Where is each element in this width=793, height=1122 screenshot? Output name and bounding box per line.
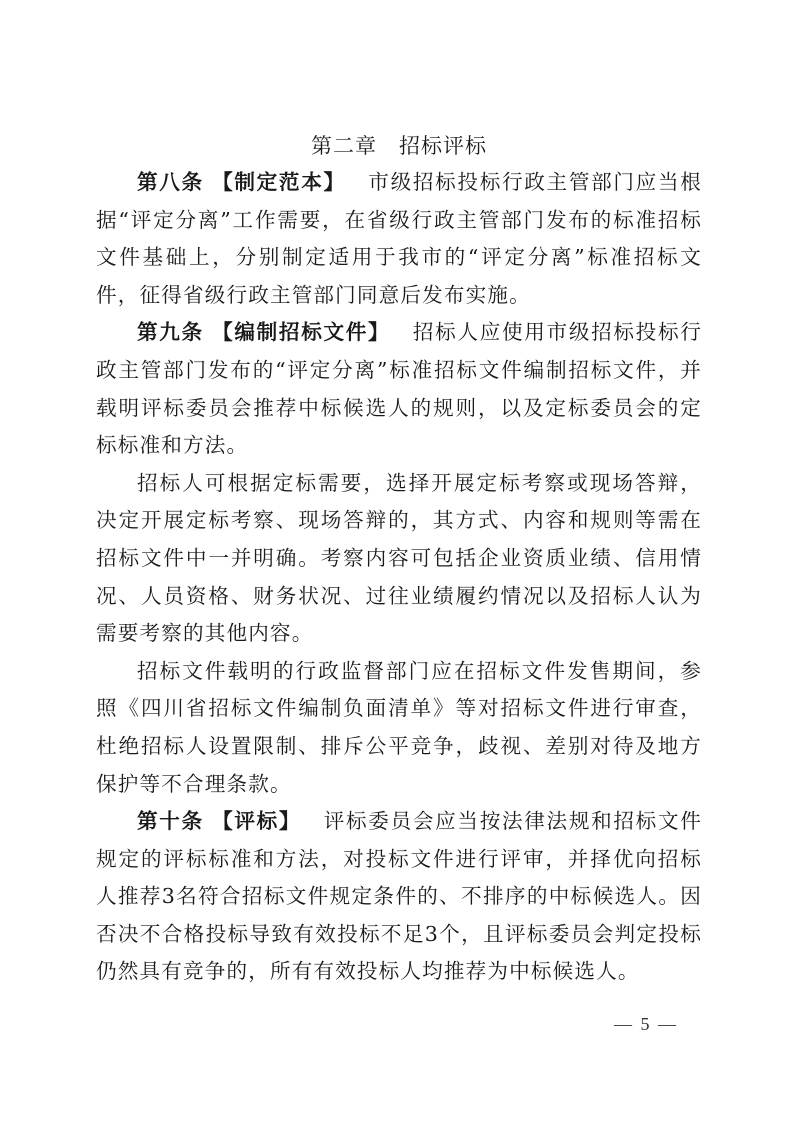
document-page: 第二章招标评标 第八条 【制定范本】市级招标投标行政主管部门应当根据“评定分离”… [96,128,702,991]
article-10-text: 评标委员会应当按法律法规和招标文件规定的评标标准和方法，对投标文件进行评审，并择… [96,809,702,983]
article-8-heading: 【制定范本】 [212,170,346,194]
article-9-number: 第九条 [137,320,204,344]
article-9-paragraph-1: 第九条 【编制招标文件】招标人应使用市级招标投标行政主管部门发布的“评定分离”标… [96,314,702,464]
article-8-number: 第八条 [137,170,204,194]
article-10-number: 第十条 [137,809,204,833]
chapter-number: 第二章 [311,134,377,158]
chapter-title: 第二章招标评标 [96,128,702,164]
page-number: — 5 — [614,1014,678,1035]
article-9-paragraph-3: 招标文件载明的行政监督部门应在招标文件发售期间，参照《四川省招标文件编制负面清单… [96,653,702,803]
article-10-heading: 【评标】 [212,809,301,833]
article-9-heading: 【编制招标文件】 [212,320,390,344]
chapter-name: 招标评标 [399,134,487,158]
article-9-paragraph-2: 招标人可根据定标需要，选择开展定标考察或现场答辩，决定开展定标考察、现场答辩的，… [96,465,702,653]
article-8-paragraph-1: 第八条 【制定范本】市级招标投标行政主管部门应当根据“评定分离”工作需要，在省级… [96,164,702,314]
article-10-paragraph-1: 第十条 【评标】评标委员会应当按法律法规和招标文件规定的评标标准和方法，对投标文… [96,803,702,991]
